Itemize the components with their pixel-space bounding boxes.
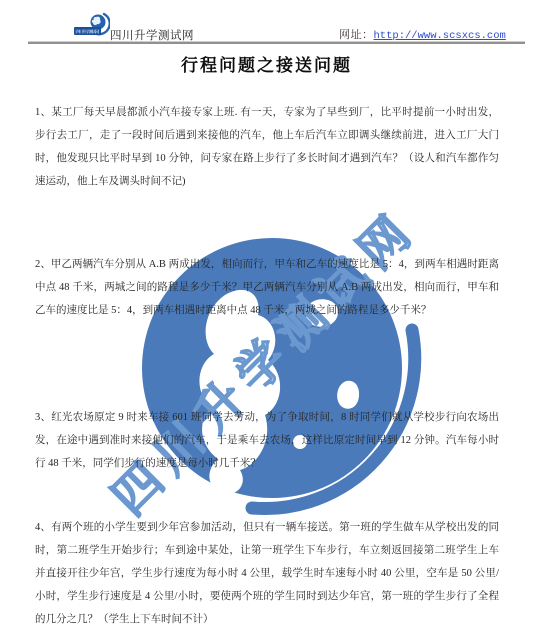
text-line: 中点 48 千米，两城之间的路程是多少千米？甲乙两辆汽车分别从 A.B 两成出发…	[35, 276, 499, 299]
problem-3: 3、红光农场原定 9 时来车接 601 班同学去劳动，为了争取时间，8 时同学们…	[35, 406, 499, 475]
text-line: 的几分之几？（学生上下车时间不计）	[35, 608, 499, 630]
text-line: 小时，学生步行速度是 4 公里/小时，要使两个班的学生同时到达少年宫，第一班的学…	[35, 585, 499, 608]
problem-1: 1、某工厂每天早晨都派小汽车接专家上班. 有一天，专家为了早些到厂，比平时提前一…	[35, 101, 499, 193]
text-line: 步行去工厂，走了一段时间后遇到来接他的汽车，他上车后汽车立即调头继续前进，进入工…	[35, 124, 499, 147]
text-line: 时，第二班学生开始步行；车到途中某处，让第一班学生下车步行，车立刻返回接第二班学…	[35, 539, 499, 562]
text-line: 时，他发现只比平时早到 10 分钟，问专家在路上步行了多长时间才遇到汽车？（设人…	[35, 147, 499, 170]
text-line: 3、红光农场原定 9 时来车接 601 班同学去劳动，为了争取时间，8 时同学们…	[35, 406, 499, 429]
problem-2: 2、甲乙两辆汽车分别从 A.B 两成出发，相向而行，甲车和乙车的速度比是 5：4…	[35, 253, 499, 322]
text-line: 速运动，他上车及调头时间不记)	[35, 170, 499, 193]
text-line: 1、某工厂每天早晨都派小汽车接专家上班. 有一天，专家为了早些到厂，比平时提前一…	[35, 101, 499, 124]
text-line: 2、甲乙两辆汽车分别从 A.B 两成出发，相向而行，甲车和乙车的速度比是 5：4…	[35, 253, 499, 276]
text-line: 并直接开往少年宫，学生步行速度为每小时 4 公里，载学生时车速每小时 40 公里…	[35, 562, 499, 585]
text-line: 4、有两个班的小学生要到少年宫参加活动，但只有一辆车接送。第一班的学生做车从学校…	[35, 516, 499, 539]
text-line: 发，在途中遇到准时来接他们的汽车，于是乘车去农场，这样比原定时间早到 12 分钟…	[35, 429, 499, 452]
document-body: 1、某工厂每天早晨都派小汽车接专家上班. 有一天，专家为了早些到厂，比平时提前一…	[0, 0, 533, 630]
problem-4: 4、有两个班的小学生要到少年宫参加活动，但只有一辆车接送。第一班的学生做车从学校…	[35, 516, 499, 630]
text-line: 乙车的速度比是 5：4，到两车相遇时距离中点 48 千米，两城之间的路程是多少千…	[35, 299, 499, 322]
document-page: 四川升学测试网 四川升学测试网 四川升学测试网 网址：http://www.sc…	[0, 0, 533, 630]
text-line: 行 48 千米，同学们步行的速度是每小时几千米？	[35, 452, 499, 475]
